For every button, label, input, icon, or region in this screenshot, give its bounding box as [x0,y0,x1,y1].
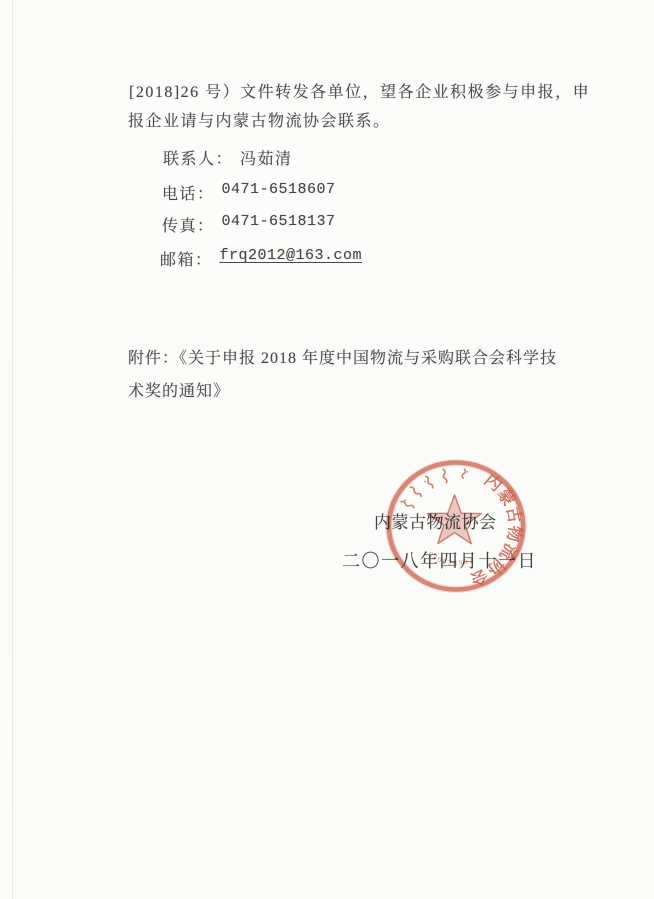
email-row: 邮箱： frq2012@163.com [160,247,362,270]
official-seal-stamp: 内蒙古物流协会 020034502 [383,457,529,595]
scan-artifact-line [12,0,13,899]
body-paragraph-line-1: [2018]26 号）文件转发各单位，望各企业积极参与申报，申 [129,79,590,102]
fax-value: 0471-6518137 [222,213,336,236]
contact-person-label: 联系人： [163,146,233,169]
attachment-line-1: 附件：《关于申报 2018 年度中国物流与采购联合会科学技 [128,345,557,368]
fax-label: 传真： [162,213,215,236]
fax-row: 传真： 0471-6518137 [162,213,336,236]
phone-value: 0471-6518607 [222,181,336,204]
attachment-line-2: 术奖的通知》 [128,378,230,401]
email-value: frq2012@163.com [220,247,363,270]
phone-row: 电话： 0471-6518607 [162,181,336,204]
phone-label: 电话： [162,181,215,204]
seal-serial-number: 020034502 [426,550,476,568]
scanned-document-page: [2018]26 号）文件转发各单位，望各企业积极参与申报，申 报企业请与内蒙古… [0,0,654,899]
seal-arc-text: 内蒙古物流协会 [466,471,525,590]
contact-person-value: 冯茹清 [240,146,293,169]
email-label: 邮箱： [160,247,213,270]
seal-star-icon [427,495,481,544]
contact-person-row: 联系人： 冯茹清 [163,146,293,169]
body-paragraph-line-2: 报企业请与内蒙古物流协会联系。 [128,108,391,131]
